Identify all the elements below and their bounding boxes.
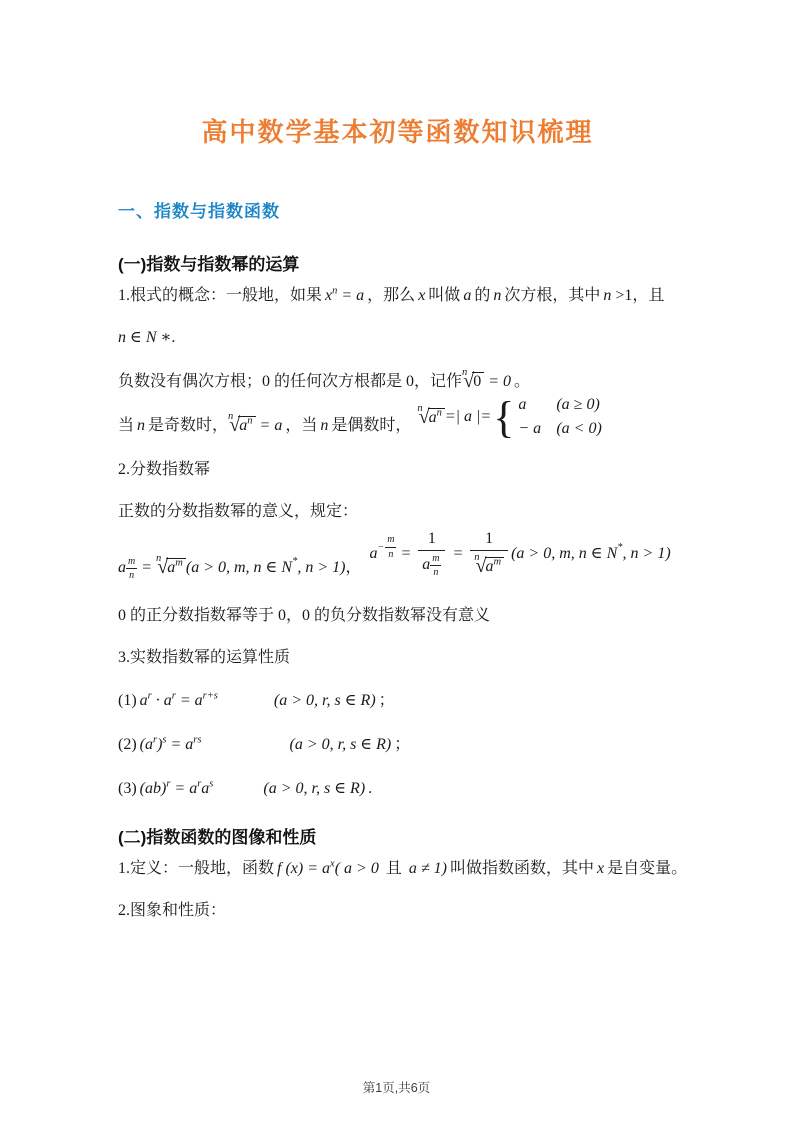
case-row: − a(a < 0) — [518, 419, 601, 440]
case-value: − a — [518, 419, 556, 440]
case-condition: (a ≥ 0) — [556, 395, 599, 416]
math-run: = a — [167, 736, 194, 753]
list-label: (3) — [118, 780, 137, 797]
math-run: = a — [170, 780, 197, 797]
text-run: 次方根，其中 — [504, 287, 600, 304]
case-value: a — [518, 395, 556, 416]
math-run: = — [137, 559, 156, 576]
sup-fraction-denominator: n — [129, 569, 134, 582]
math-run: , n > 1) — [297, 559, 345, 576]
para-properties-heading: 3.实数指数幂的运算性质 — [118, 637, 677, 679]
text-run: 是奇数时， — [148, 417, 228, 434]
text-run: 叫做 — [428, 287, 460, 304]
subsection-heading-operations: (一)指数与指数幂的运算 — [118, 250, 677, 275]
text-run: 1.根式的概念：一般地，如果 — [118, 287, 322, 304]
fraction-denominator: amn — [418, 550, 445, 579]
superscript: r+s — [203, 691, 218, 702]
math-run: a — [118, 559, 126, 576]
subsection-heading-graph-properties: (二)指数函数的图像和性质 — [118, 823, 677, 848]
document-title: 高中数学基本初等函数知识梳理 — [118, 112, 677, 149]
para-property-2: (2)(ar)s = ars(a > 0, r, s ∈ R)； — [118, 723, 677, 767]
para-property-3: (3)(ab)r = aras(a > 0, r, s ∈ R). — [118, 767, 677, 811]
para-definition: 1.定义：一般地，函数f (x) = ax( a > 0 且 a ≠ 1)叫做指… — [118, 848, 677, 890]
formula-negative-fractional-power: a−mn = 1amn = 1n√am(a > 0, m, n ∈ N*, n … — [369, 529, 670, 579]
text-run: . — [171, 329, 175, 346]
radicand: am — [485, 557, 505, 575]
sup-fraction-negative: −mn — [377, 534, 396, 560]
math-run: = 0 — [484, 373, 511, 390]
text-run: 1.定义：一般地，函数 — [118, 860, 274, 877]
text-run: 当 — [118, 417, 134, 434]
para-zero-powers: 0 的正分数指数幂等于 0，0 的负分数指数幂没有意义 — [118, 595, 677, 637]
text-run: ； — [394, 736, 410, 753]
spacer — [213, 792, 263, 793]
superscript: n — [437, 408, 442, 419]
math-run: a — [369, 545, 377, 562]
sup-fraction-denominator: n — [433, 566, 438, 579]
para-root-concept-line2: n ∈ N ∗. — [118, 317, 677, 359]
math-run: = a — [256, 417, 283, 434]
fraction: 1amn — [418, 529, 445, 579]
text-run: ，且 — [632, 287, 664, 304]
math-run: ( a > 0 — [335, 860, 383, 877]
math-condition: (a > 0, r, s ∈ R) — [263, 780, 365, 797]
text-run: 0 的正分数指数幂等于 0，0 的负分数指数幂没有意义 — [118, 607, 490, 624]
superscript: m — [175, 557, 183, 568]
text-run: . — [368, 780, 372, 797]
math-run: · — [152, 692, 164, 709]
text-run: 是自变量。 — [607, 860, 687, 877]
sup-fraction: mn — [430, 553, 441, 579]
sup-fraction-numerator: m — [126, 556, 137, 570]
math-run: = — [448, 545, 467, 562]
piecewise-cases: {a(a ≥ 0)− a(a < 0) — [493, 395, 602, 440]
math-run: a ≠ 1) — [405, 860, 447, 877]
radical: n√am — [156, 541, 186, 593]
math-run: a — [140, 692, 148, 709]
radical-index: n — [156, 553, 161, 564]
text-run: 负数没有偶次方根；0 的任何次方根都是 0，记作 — [118, 373, 462, 390]
radical-index: n — [228, 411, 233, 422]
case-row: a(a ≥ 0) — [518, 395, 601, 416]
math-run: f (x) = a — [277, 860, 330, 877]
math-run: n ∈ N ∗ — [118, 329, 171, 346]
list-label: (1) — [118, 692, 137, 709]
radical: n√am — [474, 553, 504, 578]
para-odd-even-cases: 当n是奇数时，n√an = a，当n是偶数时，n√an =| a |= {a(a… — [118, 403, 677, 449]
math-run: (a > 0, m, n ∈ N — [186, 559, 292, 576]
fraction-numerator: 1 — [481, 529, 497, 550]
text-run: 2.分数指数幂 — [118, 461, 210, 478]
math-condition: (a > 0, r, s ∈ R) — [274, 692, 376, 709]
radical-index: n — [474, 552, 479, 563]
text-run: 的 — [474, 287, 490, 304]
sup-fraction-stack: mn — [385, 534, 396, 560]
superscript: n — [247, 416, 252, 427]
sup-fraction-denominator: n — [388, 548, 393, 561]
math-run: = a — [337, 287, 364, 304]
math-run: x — [418, 287, 425, 304]
text-run: 叫做指数函数，其中 — [450, 860, 594, 877]
math-run: a — [164, 692, 172, 709]
list-label: (2) — [118, 736, 137, 753]
even-case-formula: n√an =| a |= {a(a ≥ 0)− a(a < 0) — [417, 395, 601, 440]
math-run: >1 — [611, 287, 632, 304]
sup-fraction-numerator: m — [385, 534, 396, 548]
fraction: 1n√am — [470, 529, 508, 578]
text-run: 。 — [514, 373, 530, 390]
math-run: n — [320, 417, 328, 434]
formula-positive-fractional-power: amn = n√am(a > 0, m, n ∈ N*, n > 1) — [118, 559, 345, 576]
math-run: (a > 0, m, n ∈ N — [511, 545, 617, 562]
text-run: ，那么 — [367, 287, 415, 304]
case-rows: a(a ≥ 0)− a(a < 0) — [518, 395, 601, 440]
page-footer: 第1页,共6页 — [0, 1078, 793, 1096]
text-run: 2.图象和性质： — [118, 902, 226, 919]
math-run: 0 — [473, 373, 481, 390]
math-run: = — [396, 545, 415, 562]
radical: n√an — [417, 395, 444, 439]
math-run: n — [137, 417, 145, 434]
math-run: x — [597, 860, 604, 877]
fraction-numerator: 1 — [424, 529, 440, 550]
fraction-denominator: n√am — [470, 550, 508, 578]
para-root-concept-line1: 1.根式的概念：一般地，如果xn = a，那么x叫做a的n次方根，其中n >1，… — [118, 275, 677, 317]
text-run: 是偶数时， — [331, 417, 411, 434]
superscript: rs — [193, 735, 201, 746]
text-run: ； — [379, 692, 395, 709]
text-run: ， — [345, 559, 361, 576]
math-run: n — [493, 287, 501, 304]
para-fractional-intro: 正数的分数指数幂的意义，规定： — [118, 491, 677, 533]
text-run: 且 — [386, 860, 402, 877]
math-run: =| a |= — [445, 396, 491, 438]
document-page: 高中数学基本初等函数知识梳理 一、指数与指数函数 (一)指数与指数幂的运算 1.… — [0, 0, 793, 1122]
math-run: , n > 1) — [623, 545, 671, 562]
text-run: 3.实数指数幂的运算性质 — [118, 649, 290, 666]
para-fractional-heading: 2.分数指数幂 — [118, 449, 677, 491]
minus-sign: − — [377, 542, 384, 554]
radicand: am — [166, 558, 186, 576]
superscript: m — [494, 557, 502, 568]
superscript: s — [209, 779, 213, 790]
math-run: a — [463, 287, 471, 304]
spacer — [201, 748, 289, 749]
radicand: an — [428, 408, 445, 426]
math-condition: (a > 0, r, s ∈ R) — [289, 736, 391, 753]
sup-fraction-numerator: m — [430, 553, 441, 567]
section-heading-exponential: 一、指数与指数函数 — [118, 197, 677, 222]
radicand: an — [238, 416, 255, 434]
sup-fraction: mn — [126, 556, 137, 582]
text-run: ，当 — [285, 417, 317, 434]
para-property-1: (1)ar · ar = ar+s(a > 0, r, s ∈ R)； — [118, 679, 677, 723]
radical: n√an — [228, 403, 255, 447]
radicand: 0 — [472, 372, 484, 390]
math-run: a — [422, 556, 430, 573]
sup-fraction-stack: mn — [430, 553, 441, 579]
case-condition: (a < 0) — [556, 419, 601, 440]
radical-index: n — [417, 403, 422, 414]
radical-index: n — [462, 367, 467, 378]
sup-fraction-stack: mn — [126, 556, 137, 582]
text-run: 正数的分数指数幂的意义，规定： — [118, 503, 358, 520]
para-fractional-formulas: amn = n√am(a > 0, m, n ∈ N*, n > 1)，a−mn… — [118, 541, 677, 593]
spacer — [218, 704, 274, 705]
para-graph-and-properties: 2.图象和性质： — [118, 890, 677, 932]
math-run: (ab) — [140, 780, 167, 797]
math-run: = a — [176, 692, 203, 709]
left-brace: { — [493, 400, 514, 435]
math-run: (a — [140, 736, 153, 753]
